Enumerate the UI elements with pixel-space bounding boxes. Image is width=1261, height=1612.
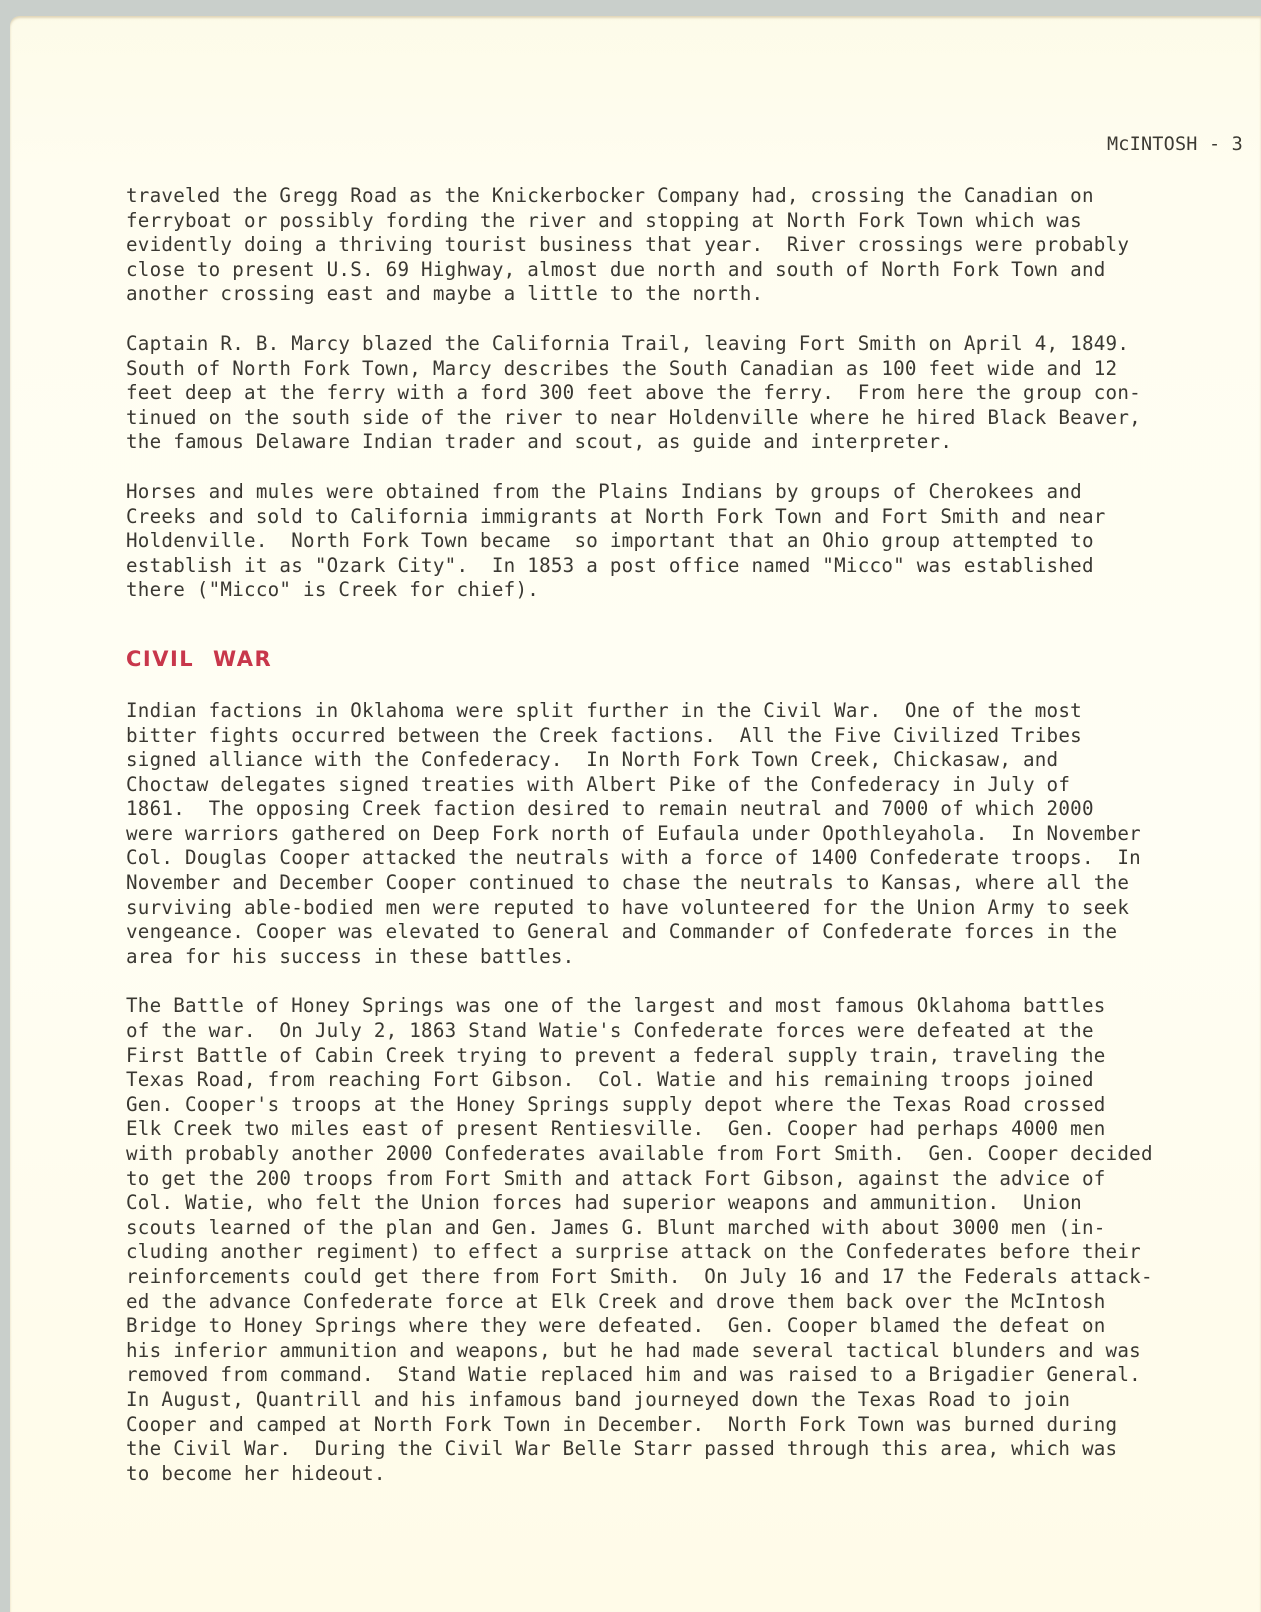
paragraph-gregg-road: traveled the Gregg Road as the Knickerbo…: [126, 184, 1226, 307]
paragraph-indian-factions: Indian factions in Oklahoma were split f…: [126, 699, 1226, 970]
document-page: McINTOSH - 3 traveled the Gregg Road as …: [10, 16, 1261, 1612]
document-body: traveled the Gregg Road as the Knickerbo…: [126, 184, 1226, 1486]
paragraph-horses-and-mules: Horses and mules were obtained from the …: [126, 480, 1226, 603]
paragraph-battle-of-honey-springs: The Battle of Honey Springs was one of t…: [126, 994, 1226, 1486]
section-heading-civil-war: CIVIL WAR: [126, 647, 1226, 671]
paragraph-marcy-california-trail: Captain R. B. Marcy blazed the Californi…: [126, 332, 1226, 455]
page-number-header: McINTOSH - 3: [1107, 134, 1243, 155]
